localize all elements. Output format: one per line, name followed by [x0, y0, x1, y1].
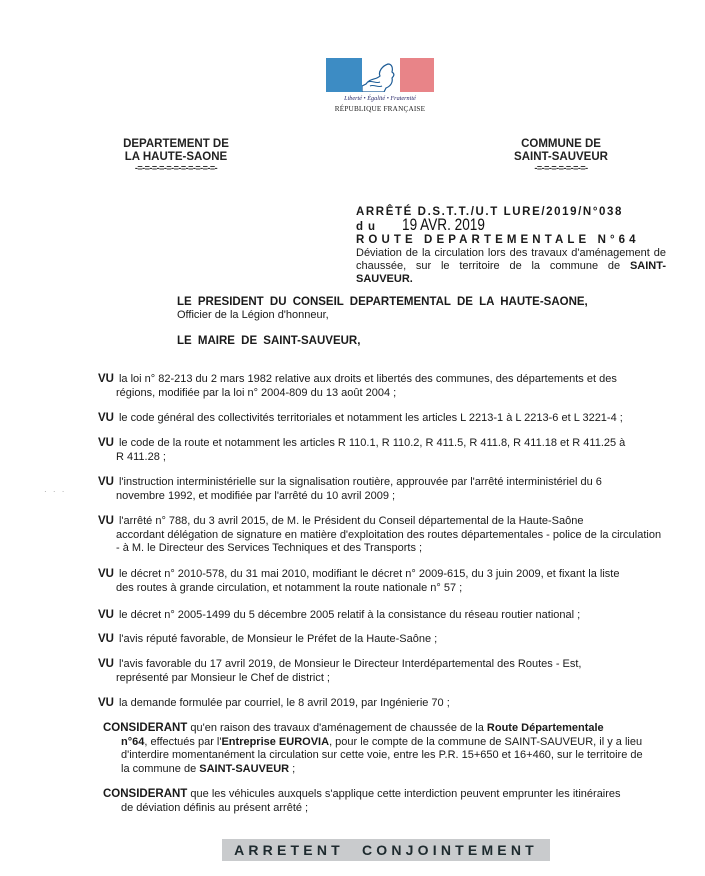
visa-item: VUl'instruction interministérielle sur l…: [98, 476, 663, 503]
vu-keyword: VU: [98, 697, 114, 709]
vu-keyword: VU: [98, 373, 114, 385]
visa-item: VUle décret n° 2010-578, du 31 mai 2010,…: [98, 568, 663, 595]
vu-keyword: VU: [98, 609, 114, 621]
route-title: ROUTE DEPARTEMENTALE N°64: [356, 234, 666, 247]
visa-item: VUl'avis réputé favorable, de Monsieur l…: [98, 633, 663, 647]
vu-keyword: VU: [98, 568, 114, 580]
vu-keyword: VU: [98, 633, 114, 645]
department-line1: DEPARTEMENT DE: [112, 138, 240, 151]
commune-line1: COMMUNE DE: [505, 138, 617, 151]
president-block: LE PRESIDENT DU CONSEIL DEPARTEMENTAL DE…: [177, 296, 588, 322]
vu-keyword: VU: [98, 658, 114, 670]
visa-item: VUla loi n° 82-213 du 2 mars 1982 relati…: [98, 373, 663, 400]
motto: Liberté • Égalité • Fraternité: [320, 95, 440, 102]
considerant-keyword: CONSIDERANT: [103, 722, 187, 734]
banner-text: ARRETENT CONJOINTEMENT: [234, 842, 538, 858]
commune-rule: -=-=-=-=-=-=-=-: [505, 164, 617, 173]
visa-item: VUl'arrêté n° 788, du 3 avril 2015, de M…: [98, 515, 663, 556]
arrete-block: ARRÊTÉ D.S.T.T./U.T LURE/2019/N°038 du19…: [356, 206, 666, 286]
visa-item: VUla demande formulée par courriel, le 8…: [98, 697, 663, 711]
maire-title: LE MAIRE DE SAINT-SAUVEUR,: [177, 335, 360, 347]
republique-francaise-logo: Liberté • Égalité • Fraternité RÉPUBLIQU…: [320, 58, 440, 122]
republic-name: RÉPUBLIQUE FRANÇAISE: [320, 105, 440, 113]
department-rule: -=-=-=-=-=-=-=-=-=-=-=-: [112, 164, 240, 173]
visa-item: VUle code général des collectivités terr…: [98, 412, 663, 426]
visa-item: VUle décret n° 2005-1499 du 5 décembre 2…: [98, 609, 663, 623]
president-title: LE PRESIDENT DU CONSEIL DEPARTEMENTAL DE…: [177, 296, 588, 309]
arretent-banner: ARRETENT CONJOINTEMENT: [222, 839, 550, 861]
vu-keyword: VU: [98, 515, 114, 527]
considerant-1: CONSIDERANT qu'en raison des travaux d'a…: [103, 722, 648, 776]
vu-keyword: VU: [98, 437, 114, 449]
commune-header: COMMUNE DE SAINT-SAUVEUR -=-=-=-=-=-=-=-: [505, 138, 617, 173]
president-subtitle: Officier de la Légion d'honneur,: [177, 309, 588, 322]
considerant-2: CONSIDERANT que les véhicules auxquels s…: [103, 788, 648, 815]
date-stamp: 19 AVR. 2019: [402, 218, 485, 232]
arrete-date-line: du19 AVR. 2019: [356, 218, 666, 234]
vu-keyword: VU: [98, 412, 114, 424]
visa-item: VUl'avis favorable du 17 avril 2019, de …: [98, 658, 663, 685]
arrete-description: Déviation de la circulation lors des tra…: [356, 247, 666, 286]
considerant-keyword: CONSIDERANT: [103, 788, 187, 800]
vu-keyword: VU: [98, 476, 114, 488]
margin-marks: · · ·: [44, 487, 66, 496]
du-label: du: [356, 221, 380, 233]
visa-item: VUle code de la route et notamment les a…: [98, 437, 663, 464]
marianne-logo-icon: [326, 58, 434, 92]
department-header: DEPARTEMENT DE LA HAUTE-SAONE -=-=-=-=-=…: [112, 138, 240, 173]
